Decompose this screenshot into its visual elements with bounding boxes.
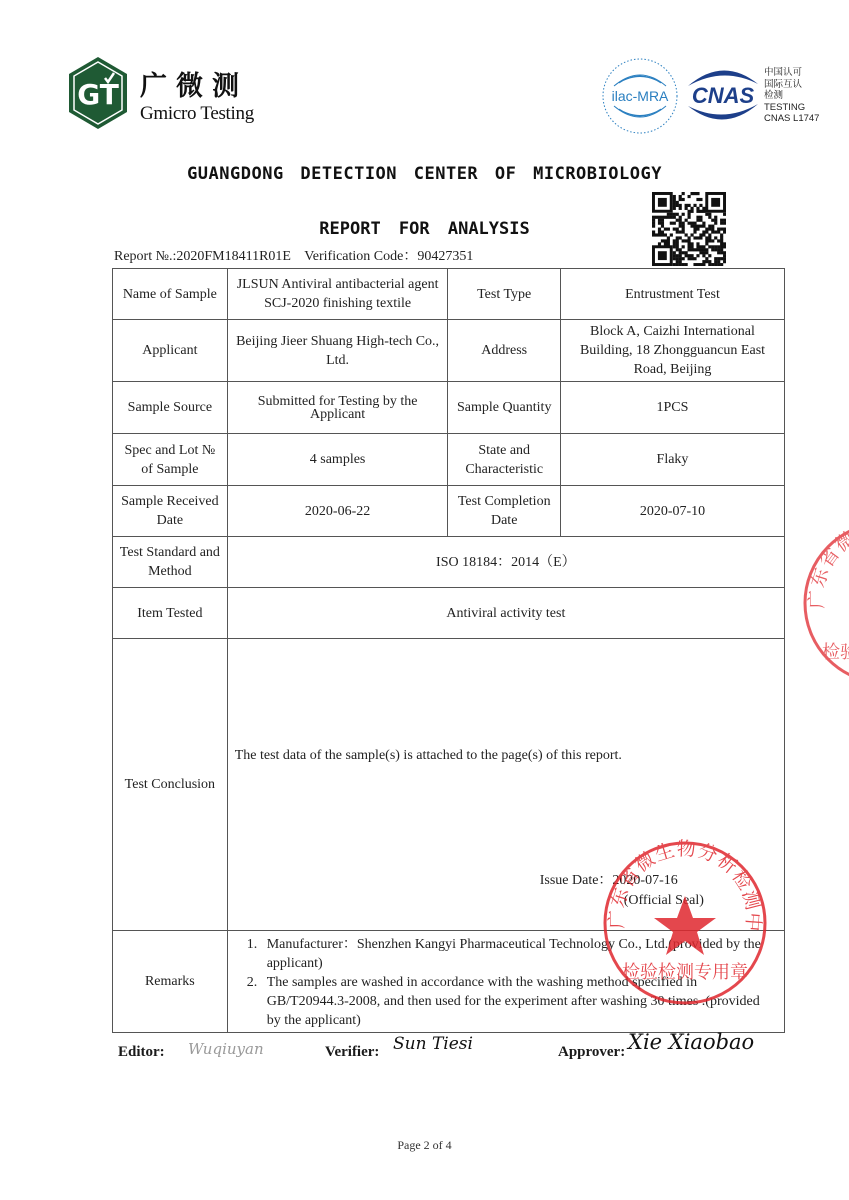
gmicro-logo: GT 广微测 Gmicro Testing [67,56,257,131]
verifier-signature: Sun Tiesi [393,1034,473,1054]
table-row: Test Conclusion The test data of the sam… [113,639,785,931]
ilac-mra-logo-icon: ilac-MRA [600,56,680,136]
report-title: REPORT FOR ANALYSIS [0,219,849,239]
logo-chinese-name: 广微测 [140,64,248,103]
svg-text:广东省微生物分析检测中心: 广东省微生物分析检测中心 [800,518,849,613]
table-row: Spec and Lot № of Sample 4 samples State… [113,434,785,486]
state-label: State and Characteristic [448,434,561,486]
spec-lot-label: Spec and Lot № of Sample [113,434,228,486]
test-type-label: Test Type [448,269,561,320]
table-row: Sample Received Date 2020-06-22 Test Com… [113,486,785,537]
sample-quantity-label: Sample Quantity [448,382,561,434]
table-row: Name of Sample JLSUN Antiviral antibacte… [113,269,785,320]
item-tested-value: Antiviral activity test [227,588,784,639]
standard-label: Test Standard and Method [113,537,228,588]
remarks-list: Manufacturer：Shenzhen Kangyi Pharmaceuti… [236,935,774,1030]
spec-lot-value: 4 samples [227,434,448,486]
item-tested-label: Item Tested [113,588,228,639]
approver-signature: Xie Xiaobao [628,1030,754,1054]
editor-signature: Wuqiuyan [188,1040,264,1058]
verification-code: Verification Code：90427351 [304,249,473,264]
logo-english-name: Gmicro Testing [140,103,254,125]
accreditation-line: 国际互认 [764,79,819,91]
report-meta: Report №.:2020FM18411R01E Verification C… [114,245,483,265]
conclusion-text: The test data of the sample(s) is attach… [235,746,622,765]
approver-label: Approver: [558,1044,625,1061]
signature-row: Editor: Wuqiuyan Verifier: Sun Tiesi App… [118,1040,758,1080]
accreditation-line: CNAS L1747 [764,113,819,125]
accreditation-text: 中国认可 国际互认 检测 TESTING CNAS L1747 [764,67,819,125]
conclusion-cell: The test data of the sample(s) is attach… [227,639,784,931]
completion-date-value: 2020-07-10 [560,486,784,537]
received-date-value: 2020-06-22 [227,486,448,537]
state-value: Flaky [560,434,784,486]
svg-text:GT: GT [77,78,119,111]
remarks-label: Remarks [113,931,228,1033]
table-row: Sample Source Submitted for Testing by t… [113,382,785,434]
sample-source-value: Submitted for Testing by the Applicant [227,382,448,434]
table-row: Remarks Manufacturer：Shenzhen Kangyi Pha… [113,931,785,1033]
applicant-label: Applicant [113,320,228,382]
editor-label: Editor: [118,1044,165,1061]
remarks-cell: Manufacturer：Shenzhen Kangyi Pharmaceuti… [227,931,784,1033]
verifier-label: Verifier: [325,1044,379,1061]
address-label: Address [448,320,561,382]
name-of-sample-label: Name of Sample [113,269,228,320]
cnas-logo-icon: CNAS [678,64,768,126]
standard-value: ISO 18184：2014（E） [227,537,784,588]
received-date-label: Sample Received Date [113,486,228,537]
organization-title: GUANGDONG DETECTION CENTER OF MICROBIOLO… [0,164,849,184]
report-number: Report №.:2020FM18411R01E [114,249,291,264]
svg-text:检验检测专用章: 检验检测专用章 [822,642,849,663]
table-row: Item Tested Antiviral activity test [113,588,785,639]
sample-quantity-value: 1PCS [560,382,784,434]
accreditation-line: 中国认可 [764,67,819,79]
page-number: Page 2 of 4 [0,1138,849,1153]
address-value: Block A, Caizhi International Building, … [560,320,784,382]
table-row: Test Standard and Method ISO 18184：2014（… [113,537,785,588]
issue-date: Issue Date：2020-07-16 [540,871,678,890]
completion-date-label: Test Completion Date [448,486,561,537]
remark-item: The samples are washed in accordance wit… [261,973,774,1030]
applicant-value: Beijing Jieer Shuang High-tech Co., Ltd. [227,320,448,382]
accreditation-line: 检测 [764,90,819,102]
accreditation-logos: ilac-MRA CNAS 中国认可 国际互认 检测 TESTING CNAS … [600,56,840,136]
report-table: Name of Sample JLSUN Antiviral antibacte… [112,268,785,1033]
sample-source-label: Sample Source [113,382,228,434]
test-type-value: Entrustment Test [560,269,784,320]
conclusion-label: Test Conclusion [113,639,228,931]
table-row: Applicant Beijing Jieer Shuang High-tech… [113,320,785,382]
side-seal-stamp-icon: 广东省微生物分析检测中心 检验检测专用章 [800,518,849,688]
svg-text:ilac-MRA: ilac-MRA [612,88,669,104]
gt-hexagon-logo-icon: GT [67,56,129,130]
accreditation-line: TESTING [764,102,819,114]
remark-item: Manufacturer：Shenzhen Kangyi Pharmaceuti… [261,935,774,973]
svg-text:CNAS: CNAS [692,83,755,108]
official-seal-label: (Official Seal) [624,891,704,910]
name-of-sample-value: JLSUN Antiviral antibacterial agent SCJ-… [227,269,448,320]
